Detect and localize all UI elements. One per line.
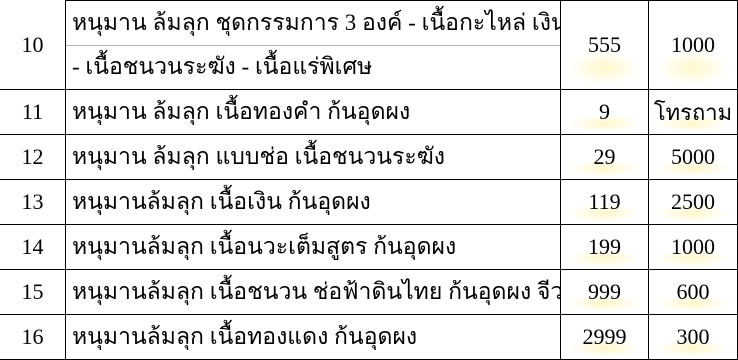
description-cell: หนุมานล้มลุก เนื้อทองแดง ก้นอุดผง [65, 315, 560, 360]
price-cell: 5000 [648, 135, 738, 180]
description-line: หนุมานล้มลุก เนื้อเงิน ก้นอุดผง [66, 180, 560, 224]
table-row: 16หนุมานล้มลุก เนื้อทองแดง ก้นอุดผง29993… [0, 315, 738, 360]
amount-cell: 9 [560, 90, 648, 135]
table-row: 14หนุมานล้มลุก เนื้อนวะเต็มสูตร ก้นอุดผง… [0, 225, 738, 270]
table-row: 11หนุมาน ล้มลุก เนื้อทองคำ ก้นอุดผง9โทรถ… [0, 90, 738, 135]
description-line: หนุมานล้มลุก เนื้อทองแดง ก้นอุดผง [66, 315, 560, 359]
price-cell: 300 [648, 315, 738, 360]
table-row: 12หนุมาน ล้มลุก แบบช่อ เนื้อชนวนระฆัง295… [0, 135, 738, 180]
amount-cell: 2999 [560, 315, 648, 360]
description-line: หนุมานล้มลุก เนื้อชนวน ช่อฟ้าดินไทย ก้นอ… [66, 270, 560, 314]
amount-cell: 999 [560, 270, 648, 315]
row-number-cell: 10 [0, 0, 65, 90]
description-line: หนุมาน ล้มลุก เนื้อทองคำ ก้นอุดผง [66, 90, 560, 134]
description-line: หนุมาน ล้มลุก แบบช่อ เนื้อชนวนระฆัง [66, 135, 560, 179]
table-row: 13หนุมานล้มลุก เนื้อเงิน ก้นอุดผง1192500 [0, 180, 738, 225]
table-row: 10หนุมาน ล้มลุก ชุดกรรมการ 3 องค์ - เนื้… [0, 0, 738, 90]
row-number-cell: 16 [0, 315, 65, 360]
description-cell: หนุมานล้มลุก เนื้อเงิน ก้นอุดผง [65, 180, 560, 225]
price-cell: 1000 [648, 225, 738, 270]
amount-cell: 555 [560, 0, 648, 90]
table-row: 15หนุมานล้มลุก เนื้อชนวน ช่อฟ้าดินไทย ก้… [0, 270, 738, 315]
row-number-cell: 11 [0, 90, 65, 135]
description-cell: หนุมานล้มลุก เนื้อนวะเต็มสูตร ก้นอุดผง [65, 225, 560, 270]
row-number-cell: 14 [0, 225, 65, 270]
row-number-cell: 15 [0, 270, 65, 315]
amount-cell: 119 [560, 180, 648, 225]
price-cell: 1000 [648, 0, 738, 90]
row-number-cell: 13 [0, 180, 65, 225]
row-number-cell: 12 [0, 135, 65, 180]
description-cell: หนุมาน ล้มลุก แบบช่อ เนื้อชนวนระฆัง [65, 135, 560, 180]
description-cell: หนุมาน ล้มลุก เนื้อทองคำ ก้นอุดผง [65, 90, 560, 135]
amount-cell: 29 [560, 135, 648, 180]
description-cell: หนุมาน ล้มลุก ชุดกรรมการ 3 องค์ - เนื้อก… [65, 0, 560, 90]
description-line: หนุมาน ล้มลุก ชุดกรรมการ 3 องค์ - เนื้อก… [66, 1, 560, 45]
amount-cell: 199 [560, 225, 648, 270]
description-line: หนุมานล้มลุก เนื้อนวะเต็มสูตร ก้นอุดผง [66, 225, 560, 269]
price-cell: โทรถาม [648, 90, 738, 135]
description-cell: หนุมานล้มลุก เนื้อชนวน ช่อฟ้าดินไทย ก้นอ… [65, 270, 560, 315]
description-line: - เนื้อชนวนระฆัง - เนื้อแร่พิเศษ [66, 45, 560, 90]
price-cell: 600 [648, 270, 738, 315]
product-price-table: 10หนุมาน ล้มลุก ชุดกรรมการ 3 องค์ - เนื้… [0, 0, 738, 360]
price-cell: 2500 [648, 180, 738, 225]
